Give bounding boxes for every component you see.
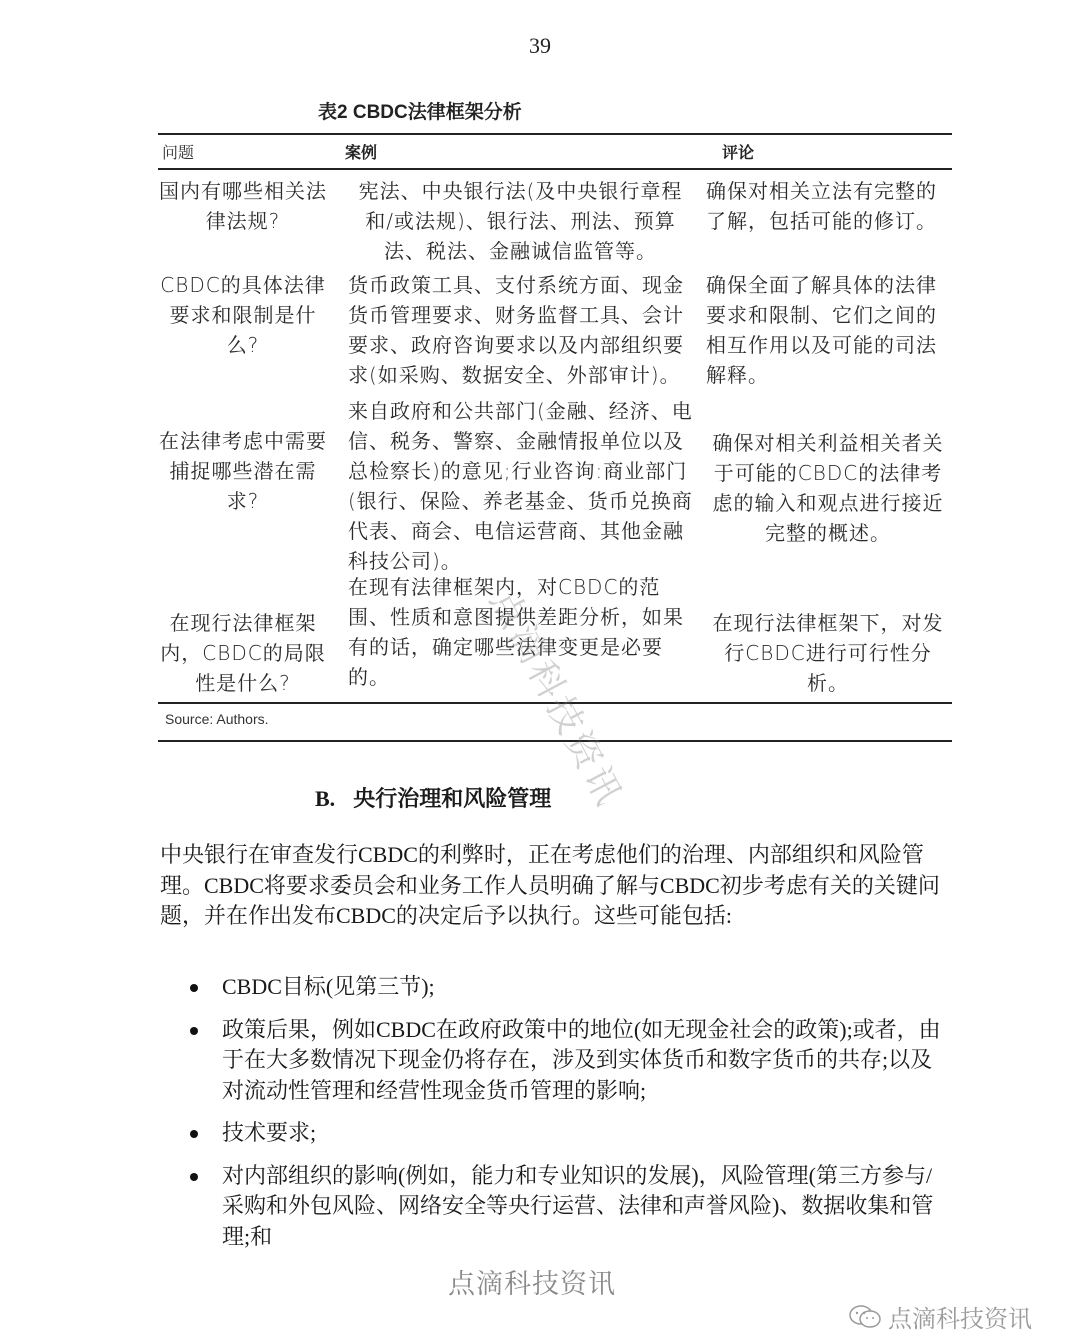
section-title: 央行治理和风险管理 — [353, 786, 551, 811]
row-question: 国内有哪些相关法律法规? — [158, 176, 328, 236]
row-comments: 在现行法律框架下，对发行CBDC进行可行性分析。 — [706, 608, 950, 698]
bullet-item: CBDC目标(见第三节); — [180, 972, 950, 1003]
bullet-text: 对内部组织的影响(例如，能力和专业知识的发展)，风险管理(第三方参与/采购和外包… — [222, 1163, 933, 1249]
row-comments: 确保对相关立法有完整的了解，包括可能的修订。 — [706, 176, 950, 236]
row-examples: 货币政策工具、支付系统方面、现金货币管理要求、财务监督工具、会计要求、政府咨询要… — [348, 270, 693, 390]
page-number: 39 — [0, 33, 1080, 59]
row-question: CBDC的具体法律要求和限制是什么? — [158, 270, 328, 360]
table-bottom-rule — [158, 702, 952, 704]
table-caption: 表2 CBDC法律框架分析 — [318, 97, 522, 124]
wechat-icon — [848, 1304, 882, 1330]
header-examples: 案例 — [345, 140, 377, 163]
table-top-rule — [158, 133, 952, 135]
section-paragraph: 中央银行在审查发行CBDC的利弊时，正在考虑他们的治理、内部组织和风险管理。CB… — [160, 840, 950, 932]
row-examples: 宪法、中央银行法(及中央银行章程和/或法规)、银行法、刑法、预算法、税法、金融诚… — [348, 176, 693, 266]
table-source: Source: Authors. — [165, 711, 269, 727]
bullet-dot-icon — [190, 1130, 198, 1138]
header-comments: 评论 — [722, 140, 754, 163]
bullet-item: 技术要求; — [180, 1118, 950, 1149]
row-examples: 来自政府和公共部门(金融、经济、电信、税务、警察、金融情报单位以及总检察长)的意… — [348, 396, 693, 576]
section-heading: B.央行治理和风险管理 — [315, 782, 551, 813]
bullet-text: CBDC目标(见第三节); — [222, 974, 435, 999]
bullet-item: 对内部组织的影响(例如，能力和专业知识的发展)，风险管理(第三方参与/采购和外包… — [180, 1161, 950, 1253]
bullet-dot-icon — [190, 984, 198, 992]
row-comments: 确保对相关利益相关者关于可能的CBDC的法律考虑的输入和观点进行接近完整的概述。 — [706, 428, 950, 548]
table-end-rule — [158, 740, 952, 742]
section-letter: B. — [315, 786, 335, 811]
bullet-text: 政策后果，例如CBDC在政府政策中的地位(如无现金社会的政策);或者，由于在大多… — [222, 1017, 941, 1103]
bullet-dot-icon — [190, 1027, 198, 1035]
row-question: 在现行法律框架内，CBDC的局限性是什么? — [158, 608, 328, 698]
bullet-text: 技术要求; — [222, 1120, 316, 1145]
wechat-watermark-text: 点滴科技资讯 — [888, 1299, 1032, 1334]
bullet-dot-icon — [190, 1173, 198, 1181]
wechat-watermark: 点滴科技资讯 — [848, 1299, 1032, 1334]
row-question: 在法律考虑中需要捕捉哪些潜在需求? — [158, 426, 328, 516]
header-question: 问题 — [162, 140, 194, 163]
table-header-rule — [158, 168, 952, 170]
row-comments: 确保全面了解具体的法律要求和限制、它们之间的相互作用以及可能的司法解释。 — [706, 270, 950, 390]
row-examples: 在现有法律框架内，对CBDC的范围、性质和意图提供差距分析，如果有的话，确定哪些… — [348, 572, 693, 692]
bullet-item: 政策后果，例如CBDC在政府政策中的地位(如无现金社会的政策);或者，由于在大多… — [180, 1015, 950, 1107]
bullet-list: CBDC目标(见第三节); 政策后果，例如CBDC在政府政策中的地位(如无现金社… — [180, 972, 950, 1264]
footer-watermark: 点滴科技资讯 — [448, 1262, 616, 1301]
